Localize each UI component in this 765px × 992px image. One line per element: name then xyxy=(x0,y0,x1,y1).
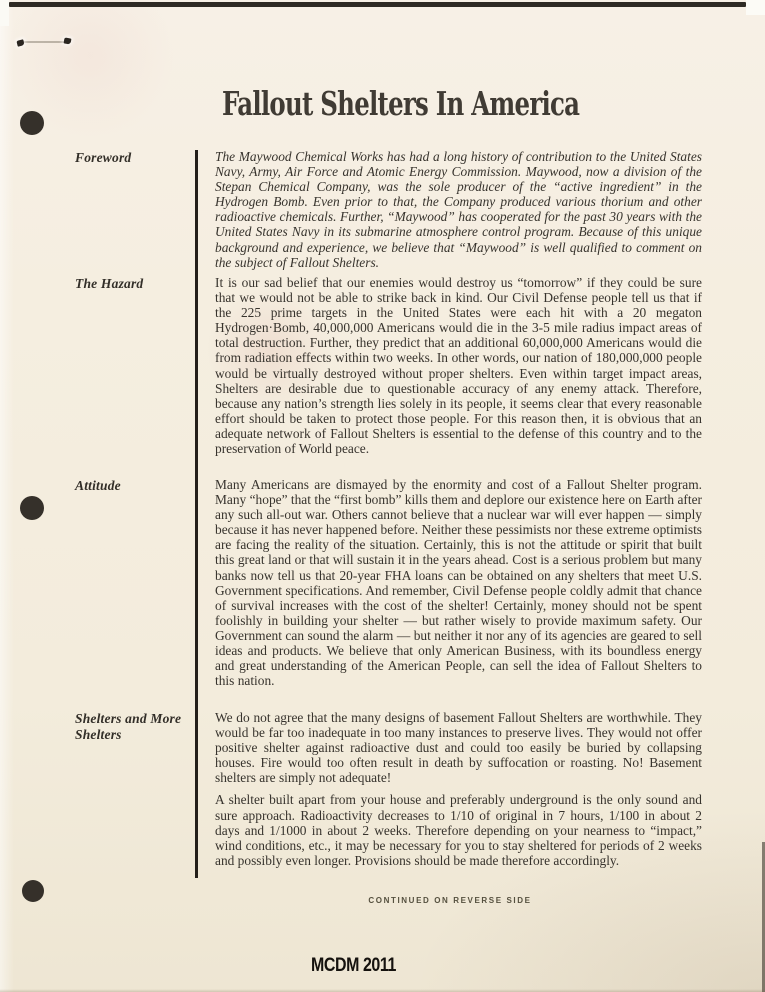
section-shelters-and-more-shelters: Shelters and More Shelters We do not agr… xyxy=(0,710,765,875)
section-label-foreword: Foreword xyxy=(75,150,187,166)
hole-punch-mark xyxy=(22,880,44,902)
catalog-stamp: MCDM 2011 xyxy=(311,955,396,977)
section-the-hazard: The Hazard It is our sad belief that our… xyxy=(0,275,765,463)
document-page: Fallout Shelters In America Foreword The… xyxy=(0,0,765,992)
staple-wire xyxy=(20,41,68,43)
attitude-paragraph: Many Americans are dismayed by the enorm… xyxy=(215,477,702,688)
continued-on-reverse-note: CONTINUED ON REVERSE SIDE xyxy=(215,896,685,905)
scan-top-edge xyxy=(9,2,746,7)
scan-corner-top-left xyxy=(0,0,9,26)
staple-end-right xyxy=(64,37,72,44)
hole-punch-mark xyxy=(20,111,44,135)
section-label-the-hazard: The Hazard xyxy=(75,276,187,292)
scan-corner-top-right xyxy=(746,0,765,15)
page-title: Fallout Shelters In America xyxy=(222,84,579,124)
hazard-paragraph: It is our sad belief that our enemies wo… xyxy=(215,275,702,456)
shelters-paragraph-1: We do not agree that the many designs of… xyxy=(215,710,702,785)
section-label-attitude: Attitude xyxy=(75,478,187,494)
staple-end-left xyxy=(16,39,24,47)
staple-mark xyxy=(14,34,74,50)
foreword-paragraph: The Maywood Chemical Works has had a lon… xyxy=(215,149,702,270)
section-attitude: Attitude Many Americans are dismayed by … xyxy=(0,477,765,695)
section-foreword: Foreword The Maywood Chemical Works has … xyxy=(0,149,765,277)
shelters-paragraph-2: A shelter built apart from your house an… xyxy=(215,792,702,867)
section-label-shelters: Shelters and More Shelters xyxy=(75,711,187,743)
